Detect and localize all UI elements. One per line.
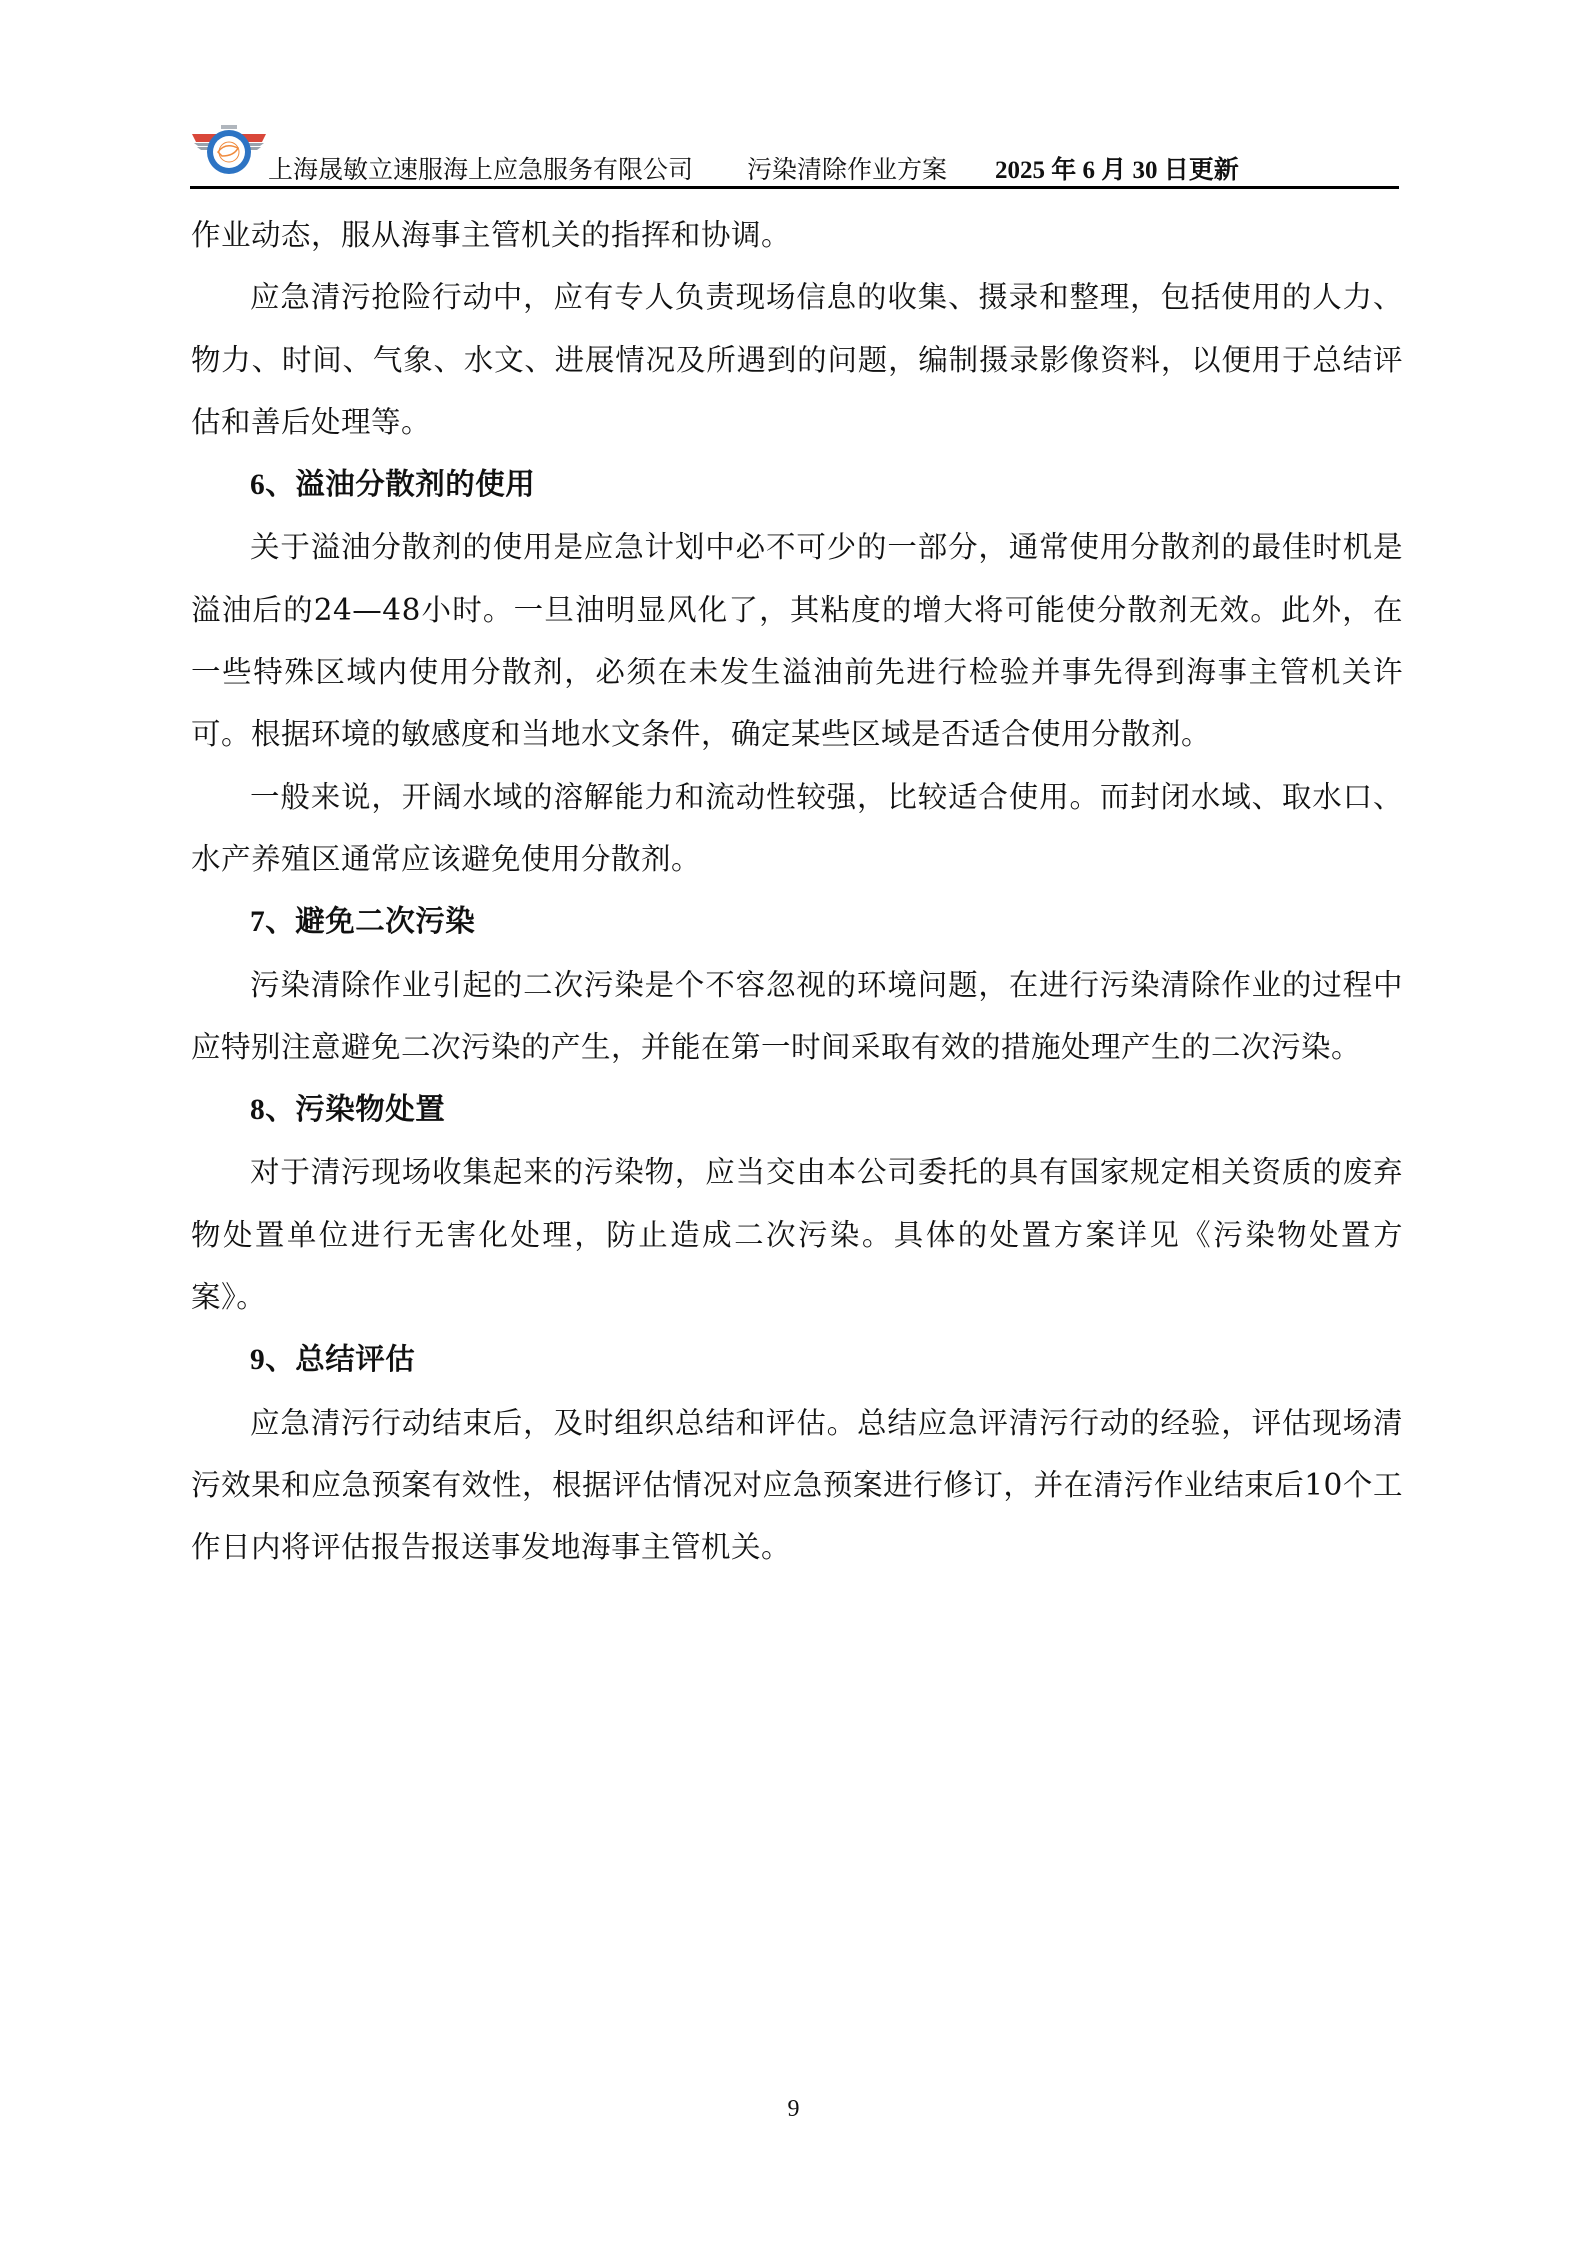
section-heading-6: 6、溢油分散剂的使用 (191, 453, 1403, 516)
company-emblem-icon (190, 122, 268, 184)
section-heading-8: 8、污染物处置 (191, 1078, 1403, 1141)
section-title: 污染物处置 (295, 1091, 445, 1126)
document-body: 作业动态，服从海事主管机关的指挥和协调。 应急清污抢险行动中，应有专人负责现场信… (191, 204, 1403, 1579)
header-divider (190, 186, 1399, 189)
section-number: 9、 (250, 1344, 295, 1376)
header-document-title: 污染清除作业方案 (747, 154, 947, 186)
section-title: 溢油分散剂的使用 (295, 466, 535, 501)
paragraph-continuation: 作业动态，服从海事主管机关的指挥和协调。 (191, 204, 1403, 266)
section-title: 避免二次污染 (295, 903, 475, 938)
paragraph: 应急清污行动结束后，及时组织总结和评估。总结应急评清污行动的经验，评估现场清污效… (191, 1392, 1403, 1579)
header-company-name: 上海晟敏立速服海上应急服务有限公司 (268, 154, 693, 186)
section-number: 7、 (250, 906, 295, 938)
paragraph: 污染清除作业引起的二次污染是个不容忽视的环境问题，在进行污染清除作业的过程中应特… (191, 954, 1403, 1079)
section-number: 6、 (250, 469, 295, 501)
header-text: 上海晟敏立速服海上应急服务有限公司 污染清除作业方案 2025 年 6 月 30… (268, 154, 1239, 187)
paragraph-info-collection: 应急清污抢险行动中，应有专人负责现场信息的收集、摄录和整理，包括使用的人力、物力… (191, 266, 1403, 453)
section-number: 8、 (250, 1094, 295, 1126)
section-heading-9: 9、总结评估 (191, 1328, 1403, 1391)
paragraph: 一般来说，开阔水域的溶解能力和流动性较强，比较适合使用。而封闭水域、取水口、水产… (191, 766, 1403, 891)
page-number: 9 (0, 2096, 1587, 2123)
paragraph: 关于溢油分散剂的使用是应急计划中必不可少的一部分，通常使用分散剂的最佳时机是溢油… (191, 516, 1403, 765)
page-header: 上海晟敏立速服海上应急服务有限公司 污染清除作业方案 2025 年 6 月 30… (190, 118, 1400, 190)
section-heading-7: 7、避免二次污染 (191, 890, 1403, 953)
document-page: 上海晟敏立速服海上应急服务有限公司 污染清除作业方案 2025 年 6 月 30… (0, 0, 1587, 2245)
section-title: 总结评估 (295, 1341, 415, 1376)
header-update-date: 2025 年 6 月 30 日更新 (995, 155, 1239, 187)
paragraph: 对于清污现场收集起来的污染物，应当交由本公司委托的具有国家规定相关资质的废弃物处… (191, 1141, 1403, 1328)
